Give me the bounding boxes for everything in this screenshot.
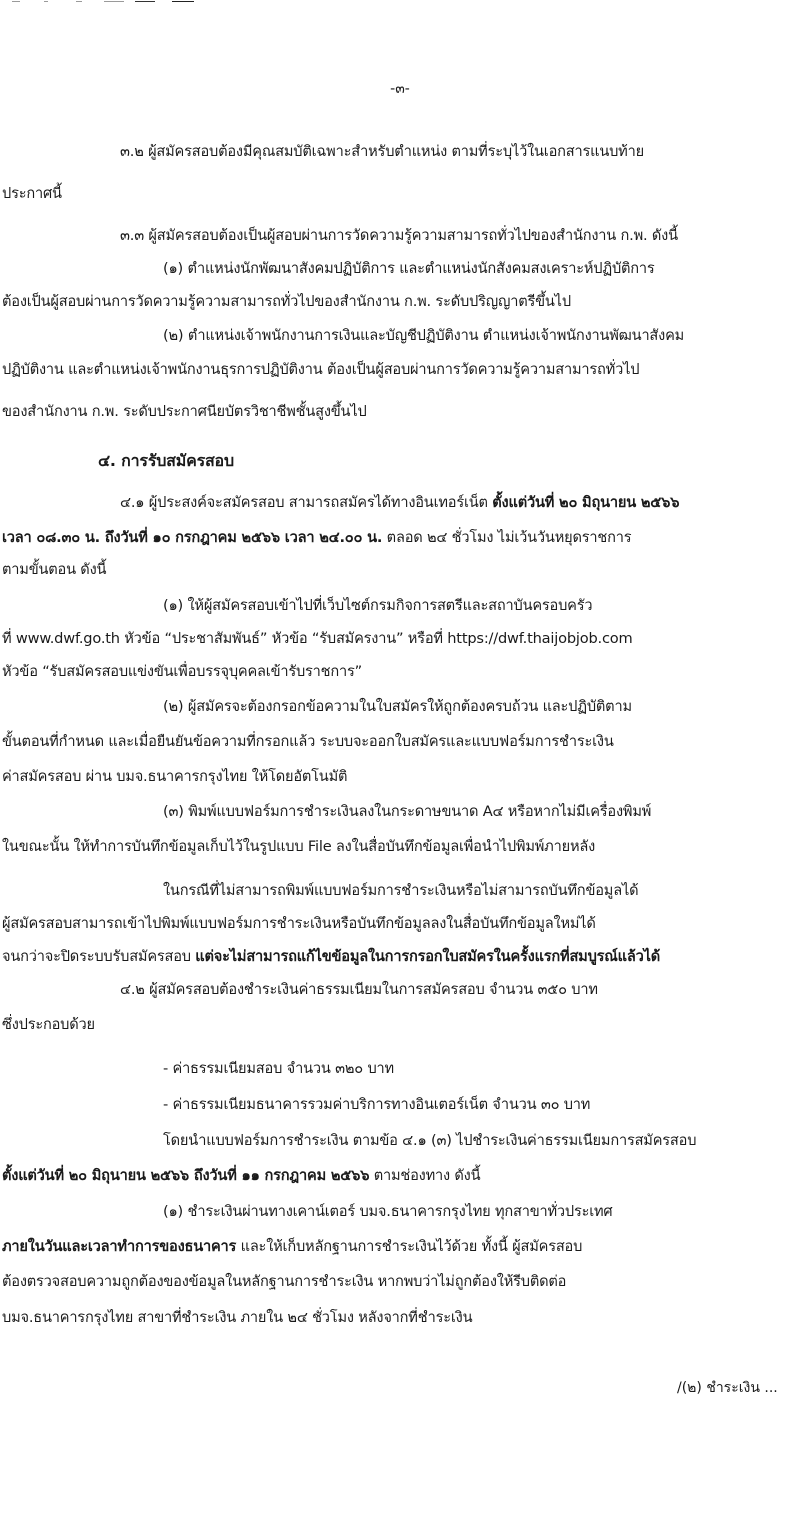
time-range-bold: เวลา ๐๘.๓๐ น. ถึงวันที่ ๑๐ กรกฎาคม ๒๕๖๖ … (2, 529, 382, 546)
payment-item: ภายในวันและเวลาทำการของธนาคาร และให้เก็บ… (2, 1237, 582, 1257)
step-item: (๒) ผู้สมัครจะต้องกรอกข้อความในใบสมัครให… (163, 697, 632, 717)
payment-item: บมจ.ธนาคารกรุงไทย สาขาที่ชำระเงิน ภายใน … (2, 1308, 472, 1328)
paragraph: ๔.๑ ผู้ประสงค์จะสมัครสอบ สามารถสมัครได้ท… (120, 493, 679, 513)
section-heading: ๔. การรับสมัครสอบ (98, 451, 234, 471)
paragraph: ๓.๓ ผู้สมัครสอบต้องเป็นผู้สอบผ่านการวัดค… (120, 226, 678, 246)
paragraph: ผู้สมัครสอบสามารถเข้าไปพิมพ์แบบฟอร์มการช… (2, 914, 596, 934)
paragraph: เวลา ๐๘.๓๐ น. ถึงวันที่ ๑๐ กรกฎาคม ๒๕๖๖ … (2, 528, 631, 548)
step-item: ในขณะนั้น ให้ทำการบันทึกข้อมูลเก็บไว้ในร… (2, 837, 595, 857)
text: ตลอด ๒๔ ชั่วโมง ไม่เว้นวันหยุดราชการ (382, 529, 631, 546)
paragraph: ปฏิบัติงาน และตำแหน่งเจ้าพนักงานธุรการปฏ… (2, 360, 639, 380)
payment-item: ต้องตรวจสอบความถูกต้องของข้อมูลในหลักฐาน… (2, 1272, 566, 1292)
text: จนกว่าจะปิดระบบรับสมัครสอบ (2, 948, 195, 965)
paragraph: ตามขั้นตอน ดังนี้ (2, 560, 106, 580)
text: ตามช่องทาง ดังนี้ (369, 1167, 480, 1184)
continuation-note: /(๒) ชำระเงิน ... (677, 1377, 778, 1399)
payment-dates-bold: ตั้งแต่วันที่ ๒๐ มิถุนายน ๒๕๖๖ ถึงวันที่… (2, 1167, 369, 1184)
paragraph: (๑) ตำแหน่งนักพัฒนาสังคมปฏิบัติการ และตำ… (163, 259, 655, 279)
payment-item: (๑) ชำระเงินผ่านทางเคาน์เตอร์ บมจ.ธนาคาร… (163, 1202, 613, 1222)
paragraph: ๔.๒ ผู้สมัครสอบต้องชำระเงินค่าธรรมเนียมใ… (120, 980, 598, 1000)
warning-bold: แต่จะไม่สามารถแก้ไขข้อมูลในการกรอกใบสมัค… (195, 948, 660, 965)
paragraph: (๒) ตำแหน่งเจ้าพนักงานการเงินและบัญชีปฏิ… (163, 326, 684, 346)
step-item: ขั้นตอนที่กำหนด และเมื่อยืนยันข้อความที่… (2, 732, 614, 752)
paragraph: ในกรณีที่ไม่สามารถพิมพ์แบบฟอร์มการชำระเง… (163, 881, 638, 901)
paragraph: ของสำนักงาน ก.พ. ระดับประกาศนียบัตรวิชาช… (2, 402, 367, 422)
fee-item: - ค่าธรรมเนียมสอบ จำนวน ๓๒๐ บาท (163, 1059, 394, 1079)
scan-artifacts (0, 0, 300, 6)
paragraph: ซึ่งประกอบด้วย (2, 1015, 95, 1035)
page-number: -๓- (0, 78, 800, 100)
step-item: (๓) พิมพ์แบบฟอร์มการชำระเงินลงในกระดาษขน… (163, 802, 651, 822)
step-item: หัวข้อ “รับสมัครสอบแข่งขันเพื่อบรรจุบุคค… (2, 662, 362, 682)
paragraph: จนกว่าจะปิดระบบรับสมัครสอบ แต่จะไม่สามาร… (2, 947, 660, 967)
paragraph: ต้องเป็นผู้สอบผ่านการวัดความรู้ความสามาร… (2, 292, 571, 312)
date-range-bold: ตั้งแต่วันที่ ๒๐ มิถุนายน ๒๕๖๖ (492, 494, 679, 511)
step-item: (๑) ให้ผู้สมัครสอบเข้าไปที่เว็บไซต์กรมกิ… (163, 596, 592, 616)
bank-hours-bold: ภายในวันและเวลาทำการของธนาคาร (2, 1238, 236, 1255)
step-item: ค่าสมัครสอบ ผ่าน บมจ.ธนาคารกรุงไทย ให้โด… (2, 767, 347, 787)
fee-item: - ค่าธรรมเนียมธนาคารรวมค่าบริการทางอินเต… (163, 1095, 590, 1115)
paragraph: ประกาศนี้ (2, 184, 62, 204)
paragraph: ตั้งแต่วันที่ ๒๐ มิถุนายน ๒๕๖๖ ถึงวันที่… (2, 1166, 480, 1186)
paragraph: ๓.๒ ผู้สมัครสอบต้องมีคุณสมบัติเฉพาะสำหรั… (120, 142, 644, 162)
step-item: ที่ www.dwf.go.th หัวข้อ “ประชาสัมพันธ์”… (2, 629, 633, 649)
text: ๔.๑ ผู้ประสงค์จะสมัครสอบ สามารถสมัครได้ท… (120, 494, 492, 511)
paragraph: โดยนำแบบฟอร์มการชำระเงิน ตามข้อ ๔.๑ (๓) … (163, 1131, 696, 1151)
text: และให้เก็บหลักฐานการชำระเงินไว้ด้วย ทั้ง… (236, 1238, 582, 1255)
